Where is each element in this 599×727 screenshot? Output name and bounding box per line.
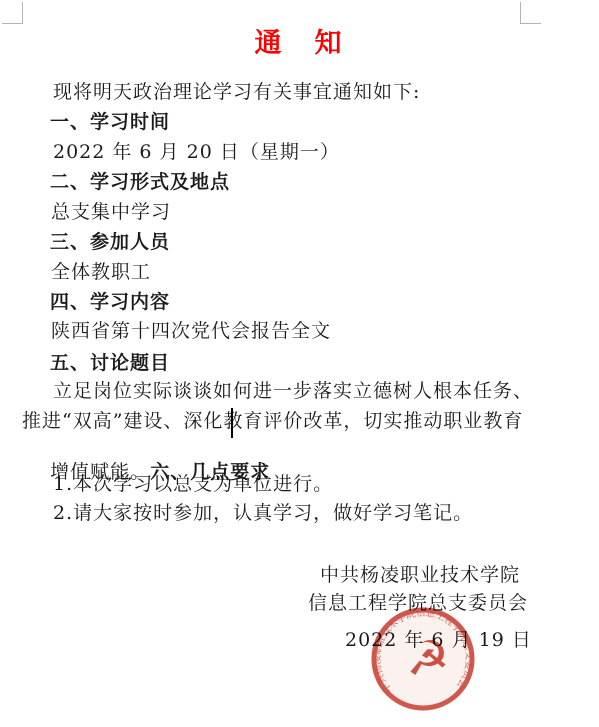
study-time-value[interactable]: 2022 年 6 月 20 日（星期一） — [53, 142, 340, 163]
participants-value[interactable]: 全体教职工 — [51, 262, 151, 283]
requirement-item-2[interactable]: 2.请大家按时参加，认真学习，做好学习笔记。 — [53, 503, 473, 524]
heading-discussion-topic[interactable]: 五、讨论题目 — [50, 353, 170, 374]
signature-org[interactable]: 中共杨凌职业技术学院 — [320, 565, 520, 586]
heading-participants[interactable]: 三、参加人员 — [50, 232, 170, 253]
discussion-topic-line-1[interactable]: 立足岗位实际谈谈如何进一步落实立德树人根本任务、 — [53, 381, 533, 402]
heading-study-time[interactable]: 一、学习时间 — [50, 112, 170, 133]
requirement-item-1[interactable]: 1.本次学习以总支为单位进行。 — [53, 474, 333, 495]
study-form-value[interactable]: 总支集中学习 — [51, 202, 171, 223]
document-page[interactable]: 通 知 现将明天政治理论学习有关事宜通知如下: 一、学习时间 2022 年 6 … — [0, 0, 599, 727]
official-seal-stamp[interactable]: 中共杨凌职业技术学院信息工程学院总支委员会 ☭ — [361, 597, 485, 721]
study-content-value[interactable]: 陕西省第十四次党代会报告全文 — [51, 321, 331, 342]
discussion-topic-line-2[interactable]: 推进“双高”建设、深化教育评价改革，切实推动职业教育 — [22, 411, 523, 432]
heading-study-form[interactable]: 二、学习形式及地点 — [50, 172, 230, 193]
text-cursor — [231, 408, 233, 438]
intro-line[interactable]: 现将明天政治理论学习有关事宜通知如下: — [53, 82, 420, 103]
notice-title[interactable]: 通 知 — [0, 21, 599, 60]
heading-study-content[interactable]: 四、学习内容 — [50, 292, 170, 313]
party-emblem-icon: ☭ — [406, 631, 449, 687]
